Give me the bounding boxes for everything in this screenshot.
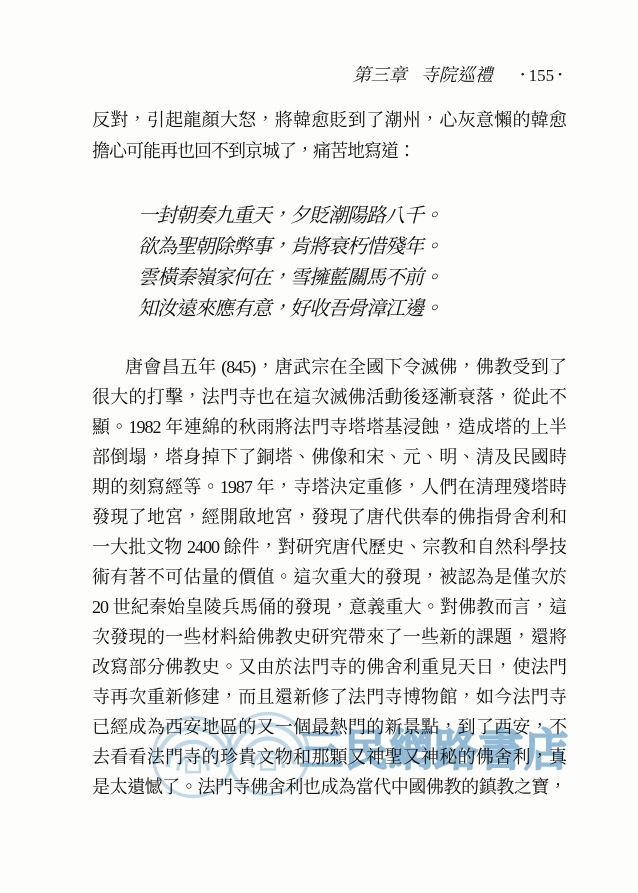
body-line: 很大的打擊，法門寺也在這次滅佛活動後逐漸衰落，從此不: [92, 382, 566, 412]
book-page: 三民網路書店 第三章寺院巡禮•155• 反對，引起龍顏大怒，將韓愈貶到了潮州，心…: [0, 0, 638, 893]
body-line: 改寫部分佛教史。又由於法門寺的佛舍利重見天日，使法門: [92, 652, 566, 682]
body-line: 已經成為西安地區的又一個最熱門的新景點，到了西安，不: [92, 712, 566, 742]
page-number: •155•: [517, 66, 566, 85]
poem-block: 一封朝奏九重天，夕貶潮陽路八千。 欲為聖朝除弊事，肯將衰朽惜殘年。 雲橫秦嶺家何…: [138, 201, 442, 325]
body-line: 發現了地宮，經開啟地宮，發現了唐代供奉的佛指骨舍利和: [92, 502, 566, 532]
body-line: 反對，引起龍顏大怒，將韓愈貶到了潮州，心灰意懶的韓愈: [92, 105, 566, 136]
page-number-dot: •: [558, 69, 562, 81]
page-number-dot: •: [521, 69, 525, 81]
body-line: 次發現的一些材料給佛教史研究帶來了一些新的課題，還將: [92, 622, 566, 652]
intro-paragraph: 反對，引起龍顏大怒，將韓愈貶到了潮州，心灰意懶的韓愈 擔心可能再也回不到京城了，…: [92, 105, 566, 167]
body-line: 是太遺憾了。法門寺佛舍利也成為當代中國佛教的鎮教之寶，: [92, 772, 566, 802]
body-line: 擔心可能再也回不到京城了，痛苦地寫道：: [92, 136, 566, 167]
section-title: 寺院巡禮: [421, 65, 493, 85]
body-line: 去看看法門寺的珍貴文物和那顆又神聖又神秘的佛舍利，真: [92, 742, 566, 772]
chapter-label: 第三章: [353, 65, 407, 85]
body-line: 部倒塌，塔身掉下了銅塔、佛像和宋、元、明、清及民國時: [92, 442, 566, 472]
running-header: 第三章寺院巡禮•155•: [92, 63, 566, 88]
body-line: 寺再次重新修建，而且還新修了法門寺博物館，如今法門寺: [92, 682, 566, 712]
body-line: 術有著不可估量的價值。這次重大的發現，被認為是僅次於: [92, 562, 566, 592]
poem-line: 雲橫秦嶺家何在，雪擁藍關馬不前。: [138, 263, 442, 294]
main-paragraph: 唐會昌五年 (845)，唐武宗在全國下令滅佛，佛教受到了 很大的打擊，法門寺也在…: [92, 352, 566, 802]
poem-line: 知汝遠來應有意，好收吾骨漳江邊。: [138, 294, 442, 325]
body-line: 顯。1982 年連綿的秋雨將法門寺塔塔基浸蝕，造成塔的上半: [92, 412, 566, 442]
page-content: 第三章寺院巡禮•155• 反對，引起龍顏大怒，將韓愈貶到了潮州，心灰意懶的韓愈 …: [0, 0, 638, 893]
page-number-value: 155: [529, 66, 555, 85]
poem-line: 一封朝奏九重天，夕貶潮陽路八千。: [138, 201, 442, 232]
body-line: 期的刻寫經等。1987 年，寺塔決定重修，人們在清理殘塔時: [92, 472, 566, 502]
body-line: 唐會昌五年 (845)，唐武宗在全國下令滅佛，佛教受到了: [92, 352, 566, 382]
body-line: 一大批文物 2400 餘件，對研究唐代歷史、宗教和自然科學技: [92, 532, 566, 562]
poem-line: 欲為聖朝除弊事，肯將衰朽惜殘年。: [138, 232, 442, 263]
body-line: 20 世紀秦始皇陵兵馬俑的發現，意義重大。對佛教而言，這: [92, 592, 566, 622]
